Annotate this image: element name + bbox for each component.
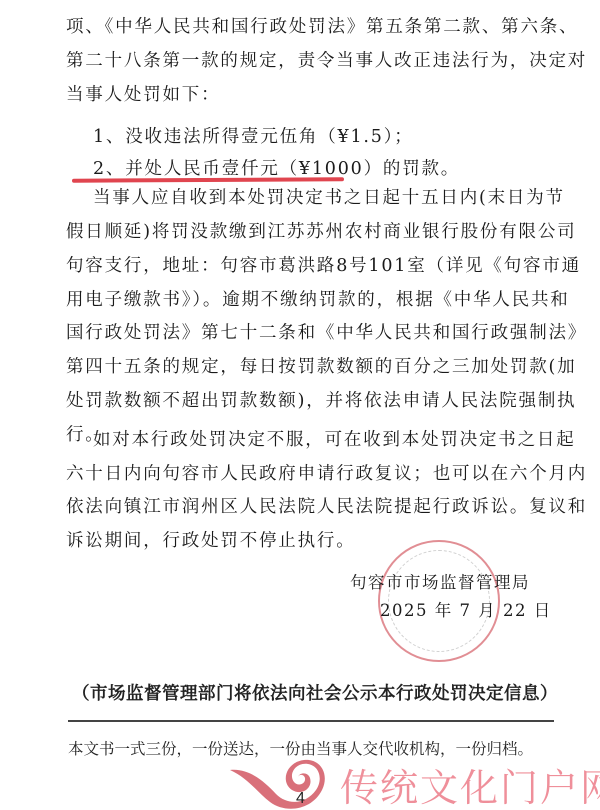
body-line: 假日顺延)将罚没款缴到江苏苏州农村商业银行股份有限公司	[66, 221, 576, 243]
issuer-name: 句容市市场监督管理局	[350, 569, 530, 593]
body-line: 处罚款数额不超出罚款数额)，并将依法申请人民法院强制执	[66, 390, 576, 412]
body-line: 句容支行，地址：句容市葛洪路8号101室（详见《句容市通	[66, 255, 581, 277]
copies-note: 本文书一式三份，一份送达，一份由当事人交代收机构，一份归档。	[68, 737, 533, 759]
issue-date: 2025 年 7 月 22 日	[380, 597, 552, 621]
body-line: 如对本行政处罚决定不服，可在收到本处罚决定书之日起	[93, 429, 576, 451]
body-line: 用电子缴款书》）。逾期不缴纳罚款的，根据《中华人民共和	[66, 289, 570, 311]
body-line: 诉讼期间，行政处罚不停止执行。	[66, 530, 356, 552]
swirl-logo-icon	[228, 758, 328, 810]
body-line: 六十日内向句容市人民政府申请行政复议；也可以在六个月内	[66, 463, 587, 485]
page-number: 4	[296, 790, 305, 808]
body-line: 第二十八条第一款的规定，责令当事人改正违法行为，决定对	[66, 50, 587, 72]
public-notice: （市场监督管理部门将依法向社会公示本行政处罚决定信息）	[72, 680, 558, 705]
body-line: 项、《中华人民共和国行政处罚法》第五条第二款、第六条、	[66, 16, 578, 38]
red-highlight-underline	[72, 177, 344, 182]
penalty-item-1: 1、没收违法所得壹元伍角（¥1.5）；	[93, 126, 414, 148]
body-line: 第四十五条的规定，每日按罚款数额的百分之三加处罚款(加	[66, 356, 576, 378]
body-line: 国行政处罚法》第七十二条和《中华人民共和国行政强制法》	[66, 322, 587, 344]
body-line: 依法向镇江市润州区人民法院人民法院提起行政诉讼。复议和	[66, 496, 587, 518]
divider	[68, 720, 554, 722]
body-line: 当事人处罚如下：	[66, 84, 220, 106]
watermark-text: 传统文化门户网	[340, 757, 600, 810]
body-line: 当事人应自收到本处罚决定书之日起十五日内(末日为节	[93, 187, 565, 209]
